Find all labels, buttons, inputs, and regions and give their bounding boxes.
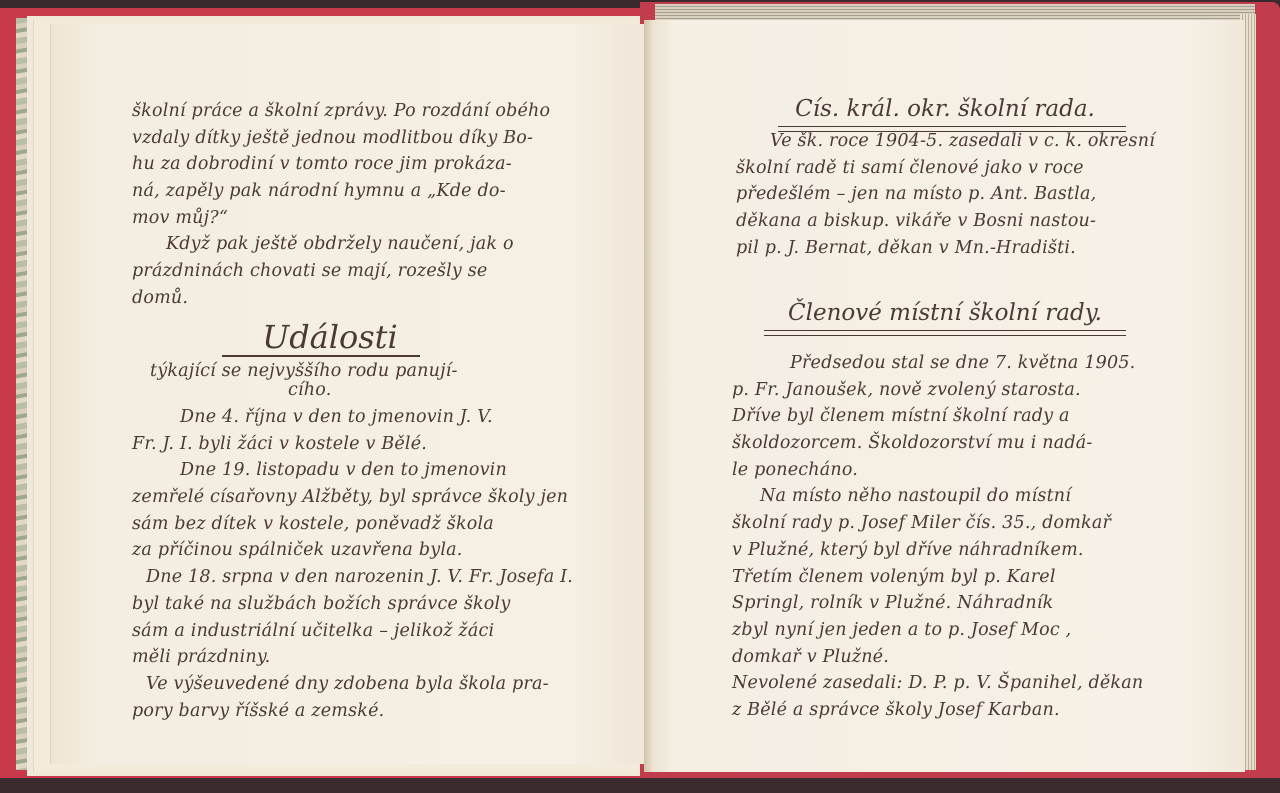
text-line: hu za dobrodiní v tomto roce jim prokáza… [132, 151, 550, 178]
text-line: školní radě ti samí členové jako v roce [736, 155, 1155, 182]
text-line: pil p. J. Bernat, děkan v Mn.-Hradišti. [736, 235, 1155, 262]
text-line: p. Fr. Janoušek, nově zvolený starosta. [732, 377, 1143, 404]
text-line: školdozorcem. Školdozorství mu i nadá- [732, 430, 1143, 457]
text-line: domů. [132, 285, 550, 312]
text-line: děkana a biskup. vikáře v Bosni nastou- [736, 208, 1155, 235]
text-line: v Plužné, který byl dříve náhradníkem. [732, 537, 1143, 564]
text-line: Springl, rolník v Plužné. Náhradník [732, 590, 1143, 617]
text-line: ná, zapěly pak národní hymnu a „Kde do- [132, 178, 550, 205]
section-title-district-school-board: Cís. král. okr. školní rada. [760, 96, 1130, 122]
text-line: Na místo něho nastoupil do místní [732, 483, 1143, 510]
text-line: zbyl nyní jen jeden a to p. Josef Moc , [732, 617, 1143, 644]
book-gutter [644, 20, 652, 772]
text-line: domkař v Plužné. [732, 644, 1143, 671]
text-line: Ve šk. roce 1904-5. zasedali v c. k. okr… [736, 128, 1155, 155]
text-line: byl také na službách božích správce škol… [132, 591, 573, 618]
title-double-underline [764, 330, 1126, 336]
text-line: prázdninách chovati se mají, rozešly se [132, 258, 550, 285]
left-intro-paragraph: školní práce a školní zprávy. Po rozdání… [132, 98, 550, 312]
text-line: Fr. J. I. byli žáci v kostele v Bělé. [132, 431, 573, 458]
events-list: Dne 4. října v den to jmenovin J. V. Fr.… [132, 404, 573, 724]
local-board-paragraphs: Předsedou stal se dne 7. května 1905. p.… [732, 350, 1143, 724]
text-line: Dříve byl členem místní školní rady a [732, 403, 1143, 430]
text-line: Dne 19. listopadu v den to jmenovin [132, 457, 573, 484]
text-line: Třetím členem voleným byl p. Karel [732, 564, 1143, 591]
text-line: mov můj?“ [132, 205, 550, 232]
text-line: pory barvy říšské a zemské. [132, 698, 573, 725]
text-line: Ve výšeuvedené dny zdobena byla škola pr… [132, 671, 573, 698]
text-line: Předsedou stal se dne 7. května 1905. [732, 350, 1143, 377]
section-title-udalosti: Události [240, 318, 420, 356]
text-line: Když pak ještě obdržely naučení, jak o [132, 231, 550, 258]
section-subtitle: týkající se nejvyššího rodu panují- cího… [150, 358, 458, 403]
text-line: vzdaly dítky ještě jednou modlitbou díky… [132, 125, 550, 152]
text-line: zemřelé císařovny Alžběty, byl správce š… [132, 484, 573, 511]
text-line: sám bez dítek v kostele, poněvadž škola [132, 511, 573, 538]
table-surface [0, 776, 1280, 793]
text-line: Dne 4. října v den to jmenovin J. V. [132, 404, 573, 431]
text-line: Dne 18. srpna v den narozenin J. V. Fr. … [132, 564, 573, 591]
page-edges-top [655, 4, 1255, 20]
text-line: z Bělé a správce školy Josef Karban. [732, 697, 1143, 724]
text-line: za příčinou spálniček uzavřena byla. [132, 537, 573, 564]
text-line: Nevolené zasedali: D. P. p. V. Španihel,… [732, 670, 1143, 697]
text-line: měli prázdniny. [132, 644, 573, 671]
text-line: školní rady p. Josef Miler čís. 35., dom… [732, 510, 1143, 537]
district-board-paragraph: Ve šk. roce 1904-5. zasedali v c. k. okr… [736, 128, 1155, 261]
text-line: sám a industriální učitelka – jelikož žá… [132, 618, 573, 645]
title-underline [222, 355, 420, 357]
text-line: le ponecháno. [732, 457, 1143, 484]
text-line: předešlém – jen na místo p. Ant. Bastla, [736, 181, 1155, 208]
text-line: školní práce a školní zprávy. Po rozdání… [132, 98, 550, 125]
section-title-local-school-board: Členové místní školní rady. [760, 300, 1130, 326]
